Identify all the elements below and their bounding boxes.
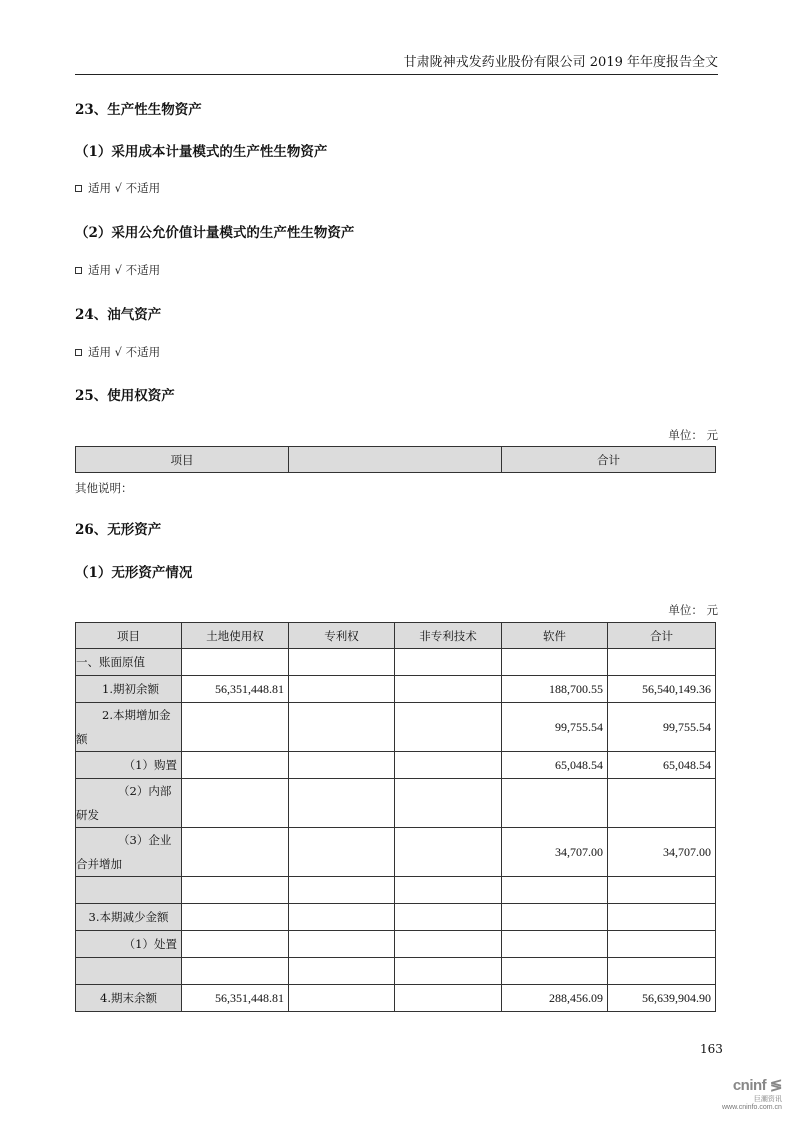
col-land-use-right: 土地使用权 xyxy=(182,623,289,649)
col-patent: 专利权 xyxy=(289,623,395,649)
cell-land: 56,351,448.81 xyxy=(182,676,289,703)
cell-nonpatent xyxy=(395,958,502,985)
cell-patent xyxy=(289,904,395,931)
cell-total xyxy=(608,877,716,904)
col-blank xyxy=(289,447,502,473)
cninfo-logo: cninf ≶ 巨潮资讯 www.cninfo.com.cn xyxy=(722,1076,782,1111)
cell-land xyxy=(182,958,289,985)
cell-nonpatent xyxy=(395,904,502,931)
logo-brand: cninf ≶ xyxy=(722,1076,782,1094)
report-title: 甘肃陇神戎发药业股份有限公司 2019 年年度报告全文 xyxy=(404,55,718,70)
table-row xyxy=(76,877,716,904)
section-23-2-option: 适用 √ 不适用 xyxy=(75,262,160,278)
cell-nonpatent xyxy=(395,676,502,703)
table-row: （1）购置 65,048.54 65,048.54 xyxy=(76,752,716,779)
table-row: 4.期末余额 56,351,448.81 288,456.09 56,639,9… xyxy=(76,985,716,1012)
row-label: （1）购置 xyxy=(76,752,182,779)
cell-patent xyxy=(289,931,395,958)
checkbox-icon xyxy=(75,185,82,192)
table-row: 3.本期减少金额 xyxy=(76,904,716,931)
cell-patent xyxy=(289,676,395,703)
row-label xyxy=(76,877,182,904)
logo-cn: 巨潮资讯 xyxy=(722,1094,782,1104)
page-number: 163 xyxy=(700,1042,723,1056)
table-row: （2）内部研发 xyxy=(76,779,716,828)
cell-patent xyxy=(289,828,395,877)
checkbox-icon xyxy=(75,349,82,356)
table-row: 1.期初余额 56,351,448.81 188,700.55 56,540,1… xyxy=(76,676,716,703)
col-total: 合计 xyxy=(502,447,716,473)
table-row xyxy=(76,958,716,985)
section-23-title: 23、生产性生物资产 xyxy=(75,98,202,118)
option-text: 适用 √ 不适用 xyxy=(88,263,160,277)
table-row: （3）企业合并增加 34,707.00 34,707.00 xyxy=(76,828,716,877)
cell-land xyxy=(182,904,289,931)
cell-software xyxy=(502,649,608,676)
cell-total: 65,048.54 xyxy=(608,752,716,779)
col-item: 项目 xyxy=(76,623,182,649)
cell-land xyxy=(182,649,289,676)
cell-nonpatent xyxy=(395,931,502,958)
section-23-1-title: （1）采用成本计量模式的生产性生物资产 xyxy=(75,140,327,160)
cell-software: 188,700.55 xyxy=(502,676,608,703)
cell-nonpatent xyxy=(395,752,502,779)
cell-nonpatent xyxy=(395,985,502,1012)
cell-patent xyxy=(289,649,395,676)
cell-patent xyxy=(289,877,395,904)
section-23-1-option: 适用 √ 不适用 xyxy=(75,180,160,196)
report-header: 甘肃陇神戎发药业股份有限公司 2019 年年度报告全文 xyxy=(75,54,718,75)
row-label: 4.期末余额 xyxy=(76,985,182,1012)
section-25-unit: 单位： 元 xyxy=(668,427,718,443)
table-header-row: 项目 土地使用权 专利权 非专利技术 软件 合计 xyxy=(76,623,716,649)
col-total: 合计 xyxy=(608,623,716,649)
cell-nonpatent xyxy=(395,828,502,877)
checkbox-icon xyxy=(75,267,82,274)
cell-nonpatent xyxy=(395,877,502,904)
cell-land xyxy=(182,877,289,904)
row-label: （1）处置 xyxy=(76,931,182,958)
cell-patent xyxy=(289,958,395,985)
cell-patent xyxy=(289,703,395,752)
cell-land xyxy=(182,828,289,877)
cell-total: 56,639,904.90 xyxy=(608,985,716,1012)
cell-land xyxy=(182,779,289,828)
table-row: 一、账面原值 xyxy=(76,649,716,676)
section-25-title: 25、使用权资产 xyxy=(75,384,175,404)
col-software: 软件 xyxy=(502,623,608,649)
row-label: 3.本期减少金额 xyxy=(76,904,182,931)
cell-land xyxy=(182,752,289,779)
cell-software: 288,456.09 xyxy=(502,985,608,1012)
section-24-title: 24、油气资产 xyxy=(75,303,161,323)
cell-total xyxy=(608,904,716,931)
row-label: （2）内部研发 xyxy=(76,779,182,828)
row-label: （3）企业合并增加 xyxy=(76,828,182,877)
cell-patent xyxy=(289,779,395,828)
cell-software xyxy=(502,779,608,828)
cell-software xyxy=(502,877,608,904)
table-header-row: 项目 合计 xyxy=(76,447,716,473)
cell-nonpatent xyxy=(395,779,502,828)
col-non-patent-tech: 非专利技术 xyxy=(395,623,502,649)
cell-nonpatent xyxy=(395,649,502,676)
logo-swirl-icon: ≶ xyxy=(766,1077,782,1094)
cell-nonpatent xyxy=(395,703,502,752)
logo-url: www.cninfo.com.cn xyxy=(722,1104,782,1111)
cell-land xyxy=(182,931,289,958)
cell-software: 99,755.54 xyxy=(502,703,608,752)
cell-total xyxy=(608,931,716,958)
cell-total: 34,707.00 xyxy=(608,828,716,877)
row-label: 一、账面原值 xyxy=(76,649,182,676)
section-26-title: 26、无形资产 xyxy=(75,518,161,538)
section-24-option: 适用 √ 不适用 xyxy=(75,344,160,360)
cell-patent xyxy=(289,752,395,779)
cell-total xyxy=(608,958,716,985)
intangible-assets-table: 项目 土地使用权 专利权 非专利技术 软件 合计 一、账面原值 1.期初余额 5… xyxy=(75,622,716,1012)
cell-land: 56,351,448.81 xyxy=(182,985,289,1012)
table-row: （1）处置 xyxy=(76,931,716,958)
cell-patent xyxy=(289,985,395,1012)
cell-land xyxy=(182,703,289,752)
cell-software xyxy=(502,931,608,958)
cell-total xyxy=(608,779,716,828)
other-notes: 其他说明： xyxy=(75,480,133,496)
section-23-2-title: （2）采用公允价值计量模式的生产性生物资产 xyxy=(75,221,354,241)
cell-total: 99,755.54 xyxy=(608,703,716,752)
cell-software xyxy=(502,904,608,931)
option-text: 适用 √ 不适用 xyxy=(88,345,160,359)
section-26-unit: 单位： 元 xyxy=(668,602,718,618)
col-item: 项目 xyxy=(76,447,289,473)
row-label: 1.期初余额 xyxy=(76,676,182,703)
cell-total xyxy=(608,649,716,676)
row-label xyxy=(76,958,182,985)
section-26-1-title: （1）无形资产情况 xyxy=(75,561,192,581)
right-of-use-table: 项目 合计 xyxy=(75,446,716,473)
option-text: 适用 √ 不适用 xyxy=(88,181,160,195)
cell-software: 65,048.54 xyxy=(502,752,608,779)
cell-total: 56,540,149.36 xyxy=(608,676,716,703)
cell-software: 34,707.00 xyxy=(502,828,608,877)
table-row: 2.本期增加金额 99,755.54 99,755.54 xyxy=(76,703,716,752)
row-label: 2.本期增加金额 xyxy=(76,703,182,752)
cell-software xyxy=(502,958,608,985)
